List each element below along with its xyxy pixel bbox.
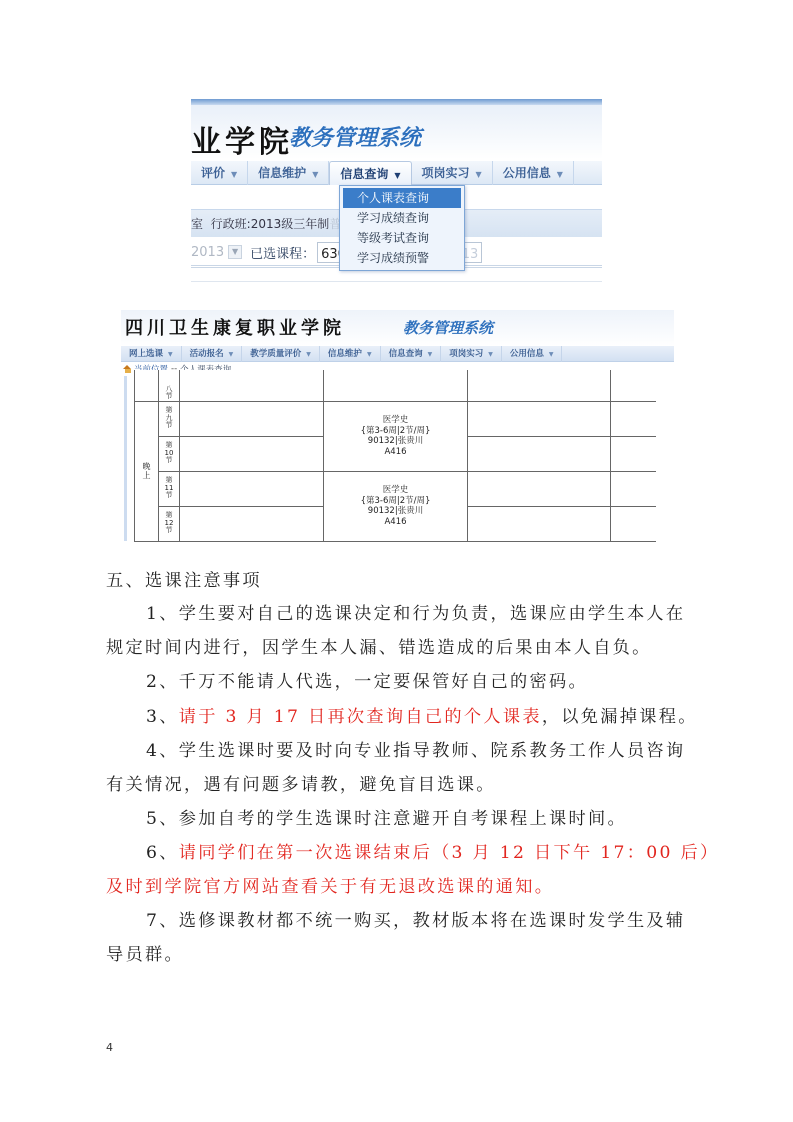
table-row: 八 节 [135,370,656,401]
main-nav: 网上选课▼ 活动报名▼ 教学质量评价▼ 信息维护▼ 信息查询▼ 项岗实习▼ 公用… [121,346,674,362]
menu-item-grade-warning[interactable]: 学习成绩预警 [343,248,461,268]
section-heading: 五、选课注意事项 [106,566,696,591]
course-teacher: 90132|张贵川 [368,506,423,516]
note-number: 5、 [146,809,179,829]
note-3: 3、请于 3 月 17 日再次查询自己的个人课表，以免漏掉课程。 [146,702,736,727]
note-text: ，以免漏掉课程。 [542,707,698,727]
note-6-line-1: 6、请同学们在第一次选课结束后（3 月 12 日下午 17：00 后） [146,838,736,863]
period-char: 节 [166,526,173,534]
nav-item-info-query[interactable]: 信息查询▼ [381,346,442,362]
nav-label: 公用信息 [503,166,551,180]
caret-down-icon: ▼ [488,351,493,358]
course-weeks: {第3-6周|2节/周} [361,496,431,506]
day-cell [611,401,656,436]
caret-down-icon: ▼ [394,171,400,180]
day-cell [611,471,656,506]
nav-item-evaluation[interactable]: 评价▼ [191,161,248,185]
nav-label: 信息查询 [389,349,423,359]
main-nav: 评价▼ 信息维护▼ 信息查询▼ 项岗实习▼ 公用信息▼ [191,161,602,185]
day-cell [468,436,611,471]
left-rail [124,376,127,541]
note-6-line-2: 及时到学院官方网站查看关于有无退改选课的通知。 [106,872,696,897]
course-teacher: 90132|张贵川 [368,436,423,446]
course-weeks: {第3-6周|2节/周} [361,426,431,436]
note-5: 5、参加自考的学生选课时注意避开自考课程上课时间。 [146,804,736,829]
nav-item-online-selection[interactable]: 网上选课▼ [121,346,182,362]
screenshot-timetable: 四川卫生康复职业学院 教务管理系统 网上选课▼ 活动报名▼ 教学质量评价▼ 信息… [121,310,674,545]
period-cell: 第 10 节 [159,436,180,471]
period-char: 节 [166,421,173,429]
caret-down-icon: ▼ [312,170,318,179]
day-cell [324,370,468,401]
nav-item-info-maintenance[interactable]: 信息维护▼ [320,346,381,362]
course-name: 医学史 [383,415,409,425]
caret-down-icon: ▼ [367,351,372,358]
nav-label: 教学质量评价 [250,349,301,359]
time-of-day-label: 晚上 [142,462,151,480]
caret-down-icon: ▼ [168,351,173,358]
course-room: A416 [384,517,406,527]
period-char: 节 [166,392,173,400]
day-cell [180,370,324,401]
period-cell: 第 11 节 [159,471,180,506]
nav-label: 项岗实习 [449,349,483,359]
caret-down-icon: ▼ [229,351,234,358]
course-cell[interactable]: 医学史 {第3-6周|2节/周} 90132|张贵川 A416 [324,401,468,471]
period-cell: 第 九 节 [159,401,180,436]
system-name: 教务管理系统 [403,317,493,338]
day-cell [468,471,611,506]
day-cell [180,506,324,541]
day-cell [611,370,656,401]
note-4-line-2: 有关情况，遇有问题多请教，避免盲目选课。 [106,770,696,795]
day-cell [611,436,656,471]
nav-item-info-query[interactable]: 信息查询▼ [329,161,411,185]
note-text: 学生要对自己的选课决定和行为负责，选课应由学生本人在 [179,604,686,624]
note-highlight-text: 请于 3 月 17 日再次查询自己的个人课表 [179,707,542,727]
note-number: 6、 [146,843,179,863]
nav-label: 公用信息 [510,349,544,359]
nav-item-internship[interactable]: 项岗实习▼ [412,161,493,185]
nav-label: 项岗实习 [422,166,470,180]
day-cell [468,506,611,541]
year-value: 2013 [191,245,224,260]
day-cell [180,436,324,471]
note-text: 选修课教材都不统一购买，教材版本将在选课时发学生及辅 [179,911,686,931]
year-select[interactable]: 2013 ▼ [191,245,242,260]
caret-down-icon: ▼ [549,351,554,358]
note-number: 4、 [146,741,179,761]
timetable: 八 节 晚上 第 九 节 医学史 {第3-6周|2节/周} 90132|张贵川 … [134,370,656,542]
divider [191,281,602,282]
time-of-day-cell [135,370,159,401]
nav-label: 信息维护 [258,166,306,180]
course-cell[interactable]: 医学史 {第3-6周|2节/周} 90132|张贵川 A416 [324,471,468,541]
period-char: 节 [166,491,173,499]
day-cell [468,401,611,436]
day-cell [611,506,656,541]
note-1-line-2: 规定时间内进行，因学生本人漏、错选造成的后果由本人自负。 [106,633,696,658]
caret-down-icon: ▼ [428,351,433,358]
nav-item-public-info[interactable]: 公用信息▼ [502,346,563,362]
note-text: 千万不能请人代选，一定要保管好自己的密码。 [179,672,588,692]
period-cell: 第 12 节 [159,506,180,541]
caret-down-icon: ▼ [306,351,311,358]
note-text: 参加自考的学生选课时注意避开自考课程上课时间。 [179,809,627,829]
caret-down-icon: ▼ [557,170,563,179]
period-char: 节 [166,456,173,464]
nav-label: 信息查询 [340,167,388,181]
nav-label: 信息维护 [328,349,362,359]
info-query-dropdown: 个人课表查询 学习成绩查询 等级考试查询 学习成绩预警 [339,185,465,271]
day-cell [180,471,324,506]
school-name: 业学院 [191,117,293,161]
home-icon[interactable] [123,365,132,373]
table-row: 第 11 节 医学史 {第3-6周|2节/周} 90132|张贵川 A416 [135,471,656,506]
note-7-line-1: 7、选修课教材都不统一购买，教材版本将在选课时发学生及辅 [146,906,736,931]
admin-class-label: 行政班:2013级三年制 [211,217,330,231]
nav-item-teaching-evaluation[interactable]: 教学质量评价▼ [242,346,320,362]
note-number: 7、 [146,911,179,931]
course-room: A416 [384,447,406,457]
note-text: 学生选课时要及时向专业指导教师、院系教务工作人员咨询 [179,741,686,761]
time-of-day-cell: 晚上 [135,401,159,541]
note-number: 3、 [146,707,179,727]
note-1-line-1: 1、学生要对自己的选课决定和行为负责，选课应由学生本人在 [146,599,736,624]
day-cell [468,370,611,401]
menu-item-level-exam-query[interactable]: 等级考试查询 [343,228,461,248]
note-4-line-1: 4、学生选课时要及时向专业指导教师、院系教务工作人员咨询 [146,736,736,761]
menu-item-personal-timetable[interactable]: 个人课表查询 [343,188,461,208]
nav-item-activity-signup[interactable]: 活动报名▼ [182,346,243,362]
page-number: 4 [106,1041,113,1054]
selected-courses-label: 已选课程： [250,243,315,262]
caret-down-icon: ▼ [231,170,237,179]
period-cell: 八 节 [159,370,180,401]
info-prefix: 室 [191,217,203,231]
nav-item-internship[interactable]: 项岗实习▼ [441,346,502,362]
menu-item-grade-query[interactable]: 学习成绩查询 [343,208,461,228]
note-2: 2、千万不能请人代选，一定要保管好自己的密码。 [146,667,736,692]
nav-label: 评价 [201,166,225,180]
system-name: 教务管理系统 [289,121,421,152]
note-highlight-text: 请同学们在第一次选课结束后（3 月 12 日下午 17：00 后） [179,843,720,863]
nav-label: 网上选课 [129,349,163,359]
nav-item-info-maintenance[interactable]: 信息维护▼ [248,161,329,185]
nav-item-public-info[interactable]: 公用信息▼ [493,161,574,185]
school-name: 四川卫生康复职业学院 [125,314,345,340]
caret-down-icon: ▼ [476,170,482,179]
note-7-line-2: 导员群。 [106,940,696,965]
day-cell [180,401,324,436]
note-number: 1、 [146,604,179,624]
dropdown-arrow-icon[interactable]: ▼ [228,245,242,259]
nav-label: 活动报名 [190,349,224,359]
table-row: 晚上 第 九 节 医学史 {第3-6周|2节/周} 90132|张贵川 A416 [135,401,656,436]
note-number: 2、 [146,672,179,692]
course-name: 医学史 [383,485,409,495]
screenshot-menu-dropdown: 业学院 教务管理系统 评价▼ 信息维护▼ 信息查询▼ 项岗实习▼ 公用信息▼ 室… [191,99,602,289]
